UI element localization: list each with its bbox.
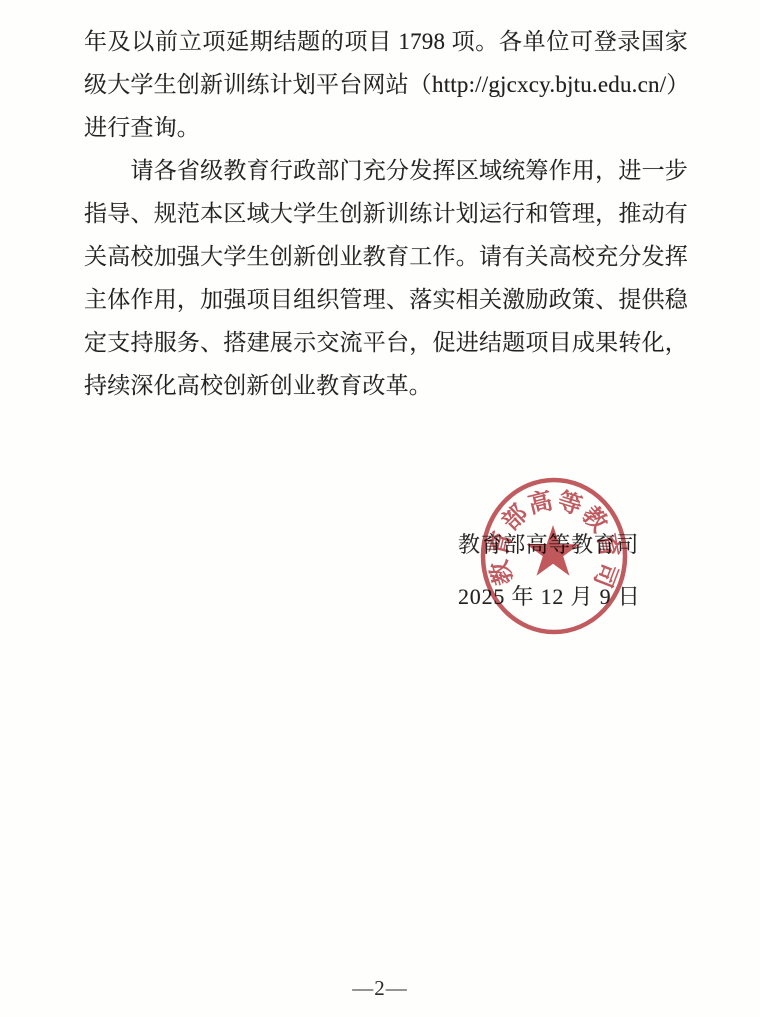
document-body: 年及以前立项延期结题的项目 1798 项。各单位可登录国家级大学生创新训练计划平… [84,20,688,407]
text-line: 请各省级教育行政部门充分发挥区域统筹作用，进一步 [84,149,688,192]
text-line: 级大学生创新训练计划平台网站（http://gjcxcy.bjtu.edu.cn… [84,63,688,106]
page-number: —2— [0,976,760,1001]
document-page: 年及以前立项延期结题的项目 1798 项。各单位可登录国家级大学生创新训练计划平… [0,0,760,1017]
text-line: 进行查询。 [84,106,688,149]
paragraph-instructions: 请各省级教育行政部门充分发挥区域统筹作用，进一步指导、规范本区域大学生创新训练计… [84,149,688,407]
paragraph-projects-query: 年及以前立项延期结题的项目 1798 项。各单位可登录国家级大学生创新训练计划平… [84,20,688,149]
text-line: 年及以前立项延期结题的项目 1798 项。各单位可登录国家 [84,20,688,63]
text-line: 定支持服务、搭建展示交流平台，促进结题项目成果转化， [84,321,688,364]
text-line: 指导、规范本区域大学生创新训练计划运行和管理，推动有 [84,192,688,235]
text-line: 关高校加强大学生创新创业教育工作。请有关高校充分发挥 [84,235,688,278]
text-line: 持续深化高校创新创业教育改革。 [84,364,688,407]
signature-date: 2025 年 12 月 9 日 [458,580,698,611]
signature-block: 教育部高等教育司 2025 年 12 月 9 日 [458,528,698,611]
text-line: 主体作用，加强项目组织管理、落实相关激励政策、提供稳 [84,278,688,321]
signature-organization: 教育部高等教育司 [458,528,698,559]
